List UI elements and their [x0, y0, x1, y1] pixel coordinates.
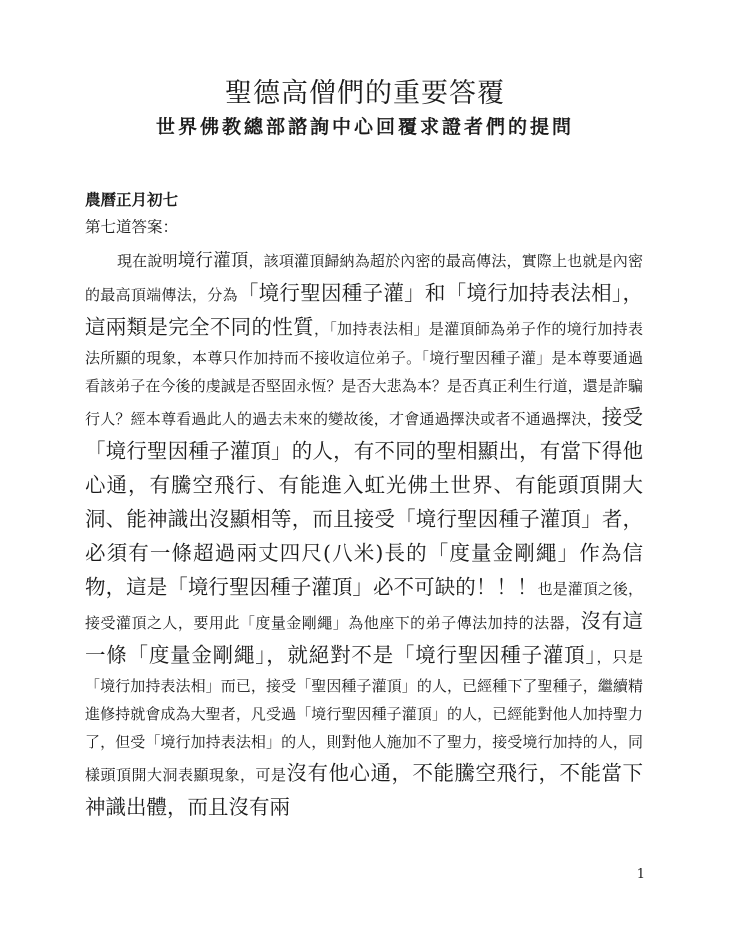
document-page: 聖德高僧們的重要答覆 世界佛教總部諮詢中心回覆求證者們的提問 農曆正月初七 第七… — [0, 0, 730, 945]
document-subtitle: 世界佛教總部諮詢中心回覆求證者們的提問 — [85, 114, 645, 141]
text-segment-normal: 現在說明 — [117, 252, 178, 270]
text-segment-medium: 境行灌頂 — [178, 251, 249, 271]
document-title: 聖德高僧們的重要答覆 — [85, 0, 645, 112]
page-number: 1 — [637, 867, 645, 882]
answer-number-label: 第七道答案： — [85, 217, 645, 238]
text-segment-large: 接受「境行聖因種子灌頂」的人，有不同的聖相顯出，有當下得他心通，有騰空飛行、有能… — [85, 405, 643, 599]
answer-body-paragraph: 現在說明境行灌頂，該項灌頂歸納為超於內密的最高傳法，實際上也就是內密的最高頂端傳… — [85, 247, 643, 824]
lunar-date-heading: 農曆正月初七 — [85, 189, 645, 210]
